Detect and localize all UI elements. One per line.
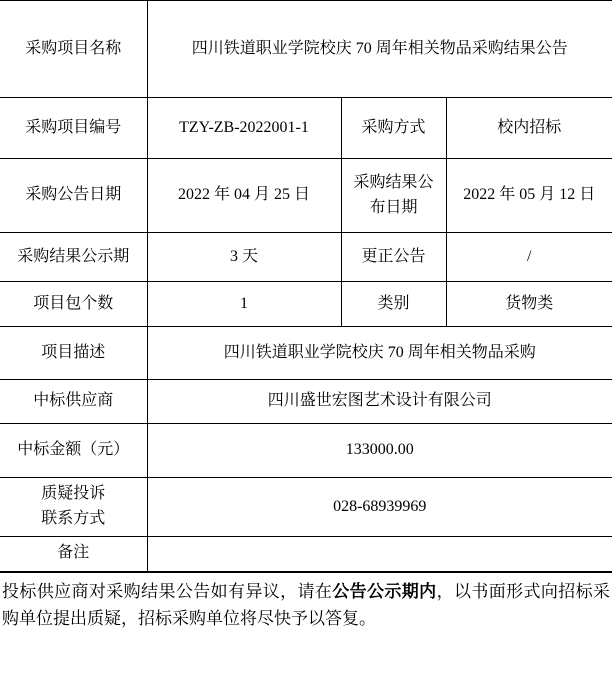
procurement-result-announcement: 采购项目名称 四川铁道职业学院校庆 70 周年相关物品采购结果公告 采购项目编号… [0, 0, 612, 675]
complaint-contact-value: 028-68939969 [147, 478, 612, 537]
complaint-contact-label: 质疑投诉 联系方式 [0, 478, 147, 537]
table-row: 采购项目编号 TZY-ZB-2022001-1 采购方式 校内招标 [0, 98, 612, 159]
table-row: 采购项目名称 四川铁道职业学院校庆 70 周年相关物品采购结果公告 [0, 1, 612, 98]
publicity-period-label: 采购结果公示期 [0, 233, 147, 282]
project-description-label: 项目描述 [0, 327, 147, 380]
table-row: 质疑投诉 联系方式 028-68939969 [0, 478, 612, 537]
project-description-value: 四川铁道职业学院校庆 70 周年相关物品采购 [147, 327, 612, 380]
table-row: 中标金额（元） 133000.00 [0, 424, 612, 478]
project-name-label: 采购项目名称 [0, 1, 147, 98]
result-publish-date-label: 采购结果公 布日期 [341, 159, 446, 233]
announcement-date-value: 2022 年 04 月 25 日 [147, 159, 341, 233]
project-name-value: 四川铁道职业学院校庆 70 周年相关物品采购结果公告 [147, 1, 612, 98]
procurement-result-table: 采购项目名称 四川铁道职业学院校庆 70 周年相关物品采购结果公告 采购项目编号… [0, 0, 612, 573]
table-row: 采购结果公示期 3 天 更正公告 / [0, 233, 612, 282]
project-number-value: TZY-ZB-2022001-1 [147, 98, 341, 159]
winning-supplier-value: 四川盛世宏图艺术设计有限公司 [147, 380, 612, 424]
winning-supplier-label: 中标供应商 [0, 380, 147, 424]
table-row: 项目包个数 1 类别 货物类 [0, 282, 612, 327]
procurement-method-value: 校内招标 [446, 98, 612, 159]
remarks-value [147, 537, 612, 572]
package-count-label: 项目包个数 [0, 282, 147, 327]
table-row: 中标供应商 四川盛世宏图艺术设计有限公司 [0, 380, 612, 424]
table-row: 采购公告日期 2022 年 04 月 25 日 采购结果公 布日期 2022 年… [0, 159, 612, 233]
category-value: 货物类 [446, 282, 612, 327]
package-count-value: 1 [147, 282, 341, 327]
table-row: 备注 [0, 537, 612, 572]
project-number-label: 采购项目编号 [0, 98, 147, 159]
procurement-method-label: 采购方式 [341, 98, 446, 159]
footer-objection-note: 投标供应商对采购结果公告如有异议，请在公告公示期内，以书面形式向招标采购单位提出… [0, 573, 612, 632]
footer-note-bold: 公告公示期内 [332, 582, 436, 601]
publicity-period-value: 3 天 [147, 233, 341, 282]
announcement-date-label: 采购公告日期 [0, 159, 147, 233]
table-row: 项目描述 四川铁道职业学院校庆 70 周年相关物品采购 [0, 327, 612, 380]
result-publish-date-value: 2022 年 05 月 12 日 [446, 159, 612, 233]
remarks-label: 备注 [0, 537, 147, 572]
winning-amount-label: 中标金额（元） [0, 424, 147, 478]
correction-notice-value: / [446, 233, 612, 282]
category-label: 类别 [341, 282, 446, 327]
correction-notice-label: 更正公告 [341, 233, 446, 282]
footer-note-prefix: 投标供应商对采购结果公告如有异议，请在 [2, 582, 332, 601]
winning-amount-value: 133000.00 [147, 424, 612, 478]
